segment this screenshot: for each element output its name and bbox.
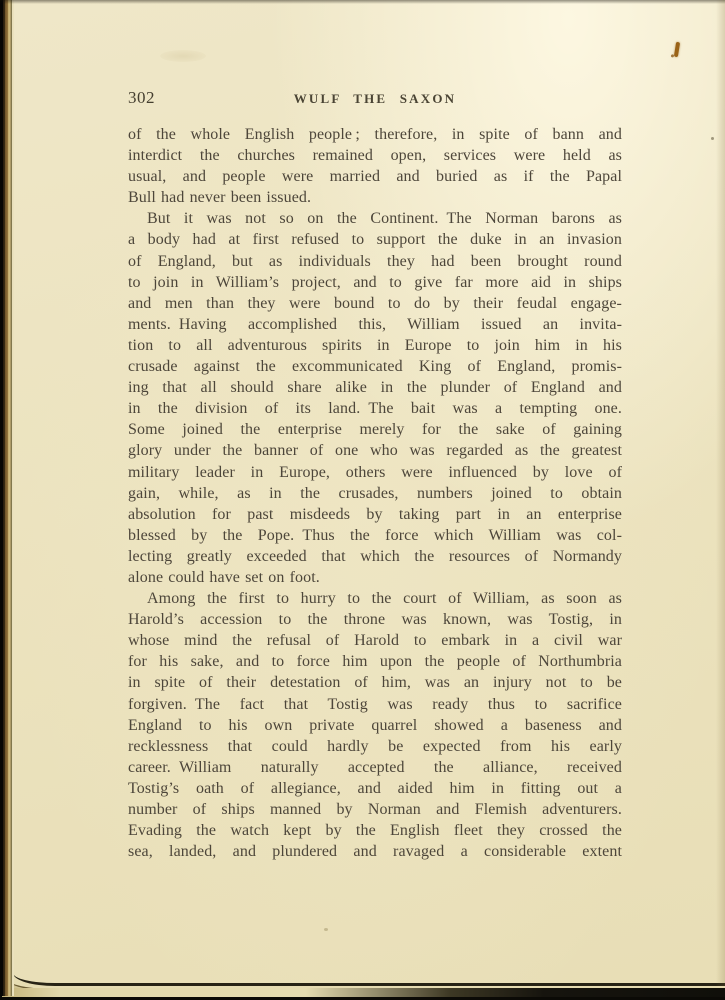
paragraph: of the whole English people ; therefore,… xyxy=(128,124,622,208)
text-line: and men than they were bound to do by th… xyxy=(128,293,622,314)
text-line: England to his own private quarrel showe… xyxy=(128,715,622,736)
text-line: Bull had never been issued. xyxy=(128,187,622,208)
text-line: ments. Having accomplished this, William… xyxy=(128,314,622,335)
text-line: number of ships manned by Norman and Fle… xyxy=(128,799,622,820)
text-line: lecting greatly exceeded that which the … xyxy=(128,546,622,567)
text-line: forgiven. The fact that Tostig was ready… xyxy=(128,694,622,715)
text-line: absolution for past misdeeds by taking p… xyxy=(128,504,622,525)
text-line: for his sake, and to force him upon the … xyxy=(128,651,622,672)
text-line: career. William naturally accepted the a… xyxy=(128,757,622,778)
text-line: alone could have set on foot. xyxy=(128,567,622,588)
text-line: But it was not so on the Continent. The … xyxy=(128,208,622,229)
text-line: ing that all should share alike in the p… xyxy=(128,377,622,398)
stain-soft xyxy=(160,50,206,62)
book-binding-edge xyxy=(0,0,14,996)
text-line: of England, but as individuals they had … xyxy=(128,251,622,272)
text-line: gain, while, as in the crusades, numbers… xyxy=(128,483,622,504)
paragraph: But it was not so on the Continent. The … xyxy=(128,208,622,588)
text-line: Tostig’s oath of allegiance, and aided h… xyxy=(128,778,622,799)
text-line: Harold’s accession to the throne was kno… xyxy=(128,609,622,630)
text-line: Evading the watch kept by the English fl… xyxy=(128,820,622,841)
text-line: to join in William’s project, and to giv… xyxy=(128,272,622,293)
text-line: in the division of its land. The bait wa… xyxy=(128,398,622,419)
text-line: Among the first to hurry to the court of… xyxy=(128,588,622,609)
running-title: WULF THE SAXON xyxy=(128,91,622,107)
text-line: recklessness that could hardly be expect… xyxy=(128,736,622,757)
paper-speck xyxy=(711,137,714,140)
text-line: interdict the churches remained open, se… xyxy=(128,145,622,166)
page-top-edge xyxy=(0,0,725,4)
text-body: of the whole English people ; therefore,… xyxy=(128,124,622,862)
text-line: whose mind the refusal of Harold to emba… xyxy=(128,630,622,651)
text-line: blessed by the Pope. Thus the force whic… xyxy=(128,525,622,546)
page-bottom-edge xyxy=(2,988,725,997)
text-line: usual, and people were married and burie… xyxy=(128,166,622,187)
page-right-edge xyxy=(713,0,725,986)
text-line: a body had at first refused to support t… xyxy=(128,229,622,250)
text-line: military leader in Europe, others were i… xyxy=(128,462,622,483)
running-header: 302 WULF THE SAXON xyxy=(128,88,622,108)
text-line: glory under the banner of one who was re… xyxy=(128,440,622,461)
text-block: 302 WULF THE SAXON of the whole English … xyxy=(128,88,622,862)
text-line: crusade against the excommunicated King … xyxy=(128,356,622,377)
text-line: Some joined the enterprise merely for th… xyxy=(128,419,622,440)
text-line: in spite of their detestation of him, wa… xyxy=(128,672,622,693)
paragraph: Among the first to hurry to the court of… xyxy=(128,588,622,862)
text-line: of the whole English people ; therefore,… xyxy=(128,124,622,145)
text-line: tion to all adventurous spirits in Europ… xyxy=(128,335,622,356)
text-line: sea, landed, and plundered and ravaged a… xyxy=(128,841,622,862)
paper-speck xyxy=(324,928,328,931)
